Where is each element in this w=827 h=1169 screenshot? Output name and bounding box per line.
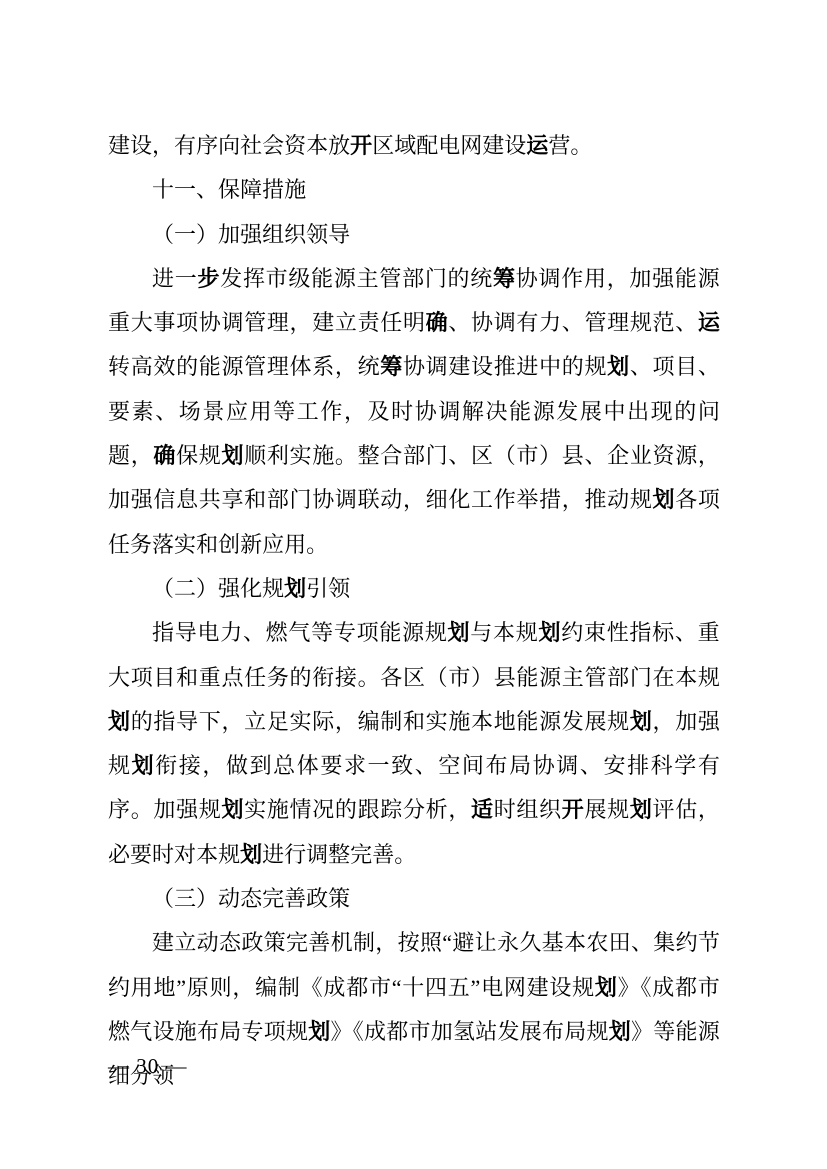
paragraph-subsection-heading: （一）加强组织领导 <box>108 213 720 257</box>
paragraph-subsection-heading: （二）强化规划引领 <box>108 567 720 611</box>
page-number: — 30 — <box>108 1051 188 1081</box>
paragraph-body: 指导电力、燃气等专项能源规划与本规划约束性指标、重大项目和重点任务的衔接。各区（… <box>108 611 720 877</box>
document-body: 建设，有序向社会资本放开区域配电网建设运营。十一、保障措施（一）加强组织领导进一… <box>108 124 720 1099</box>
paragraph-subsection-heading: （三）动态完善政策 <box>108 877 720 921</box>
document-page: 建设，有序向社会资本放开区域配电网建设运营。十一、保障措施（一）加强组织领导进一… <box>0 0 827 1169</box>
paragraph-section-heading: 十一、保障措施 <box>108 168 720 212</box>
paragraph-body: 进一步发挥市级能源主管部门的统筹协调作用，加强能源重大事项协调管理，建立责任明确… <box>108 257 720 567</box>
paragraph-body: 建立动态政策完善机制，按照“避让永久基本农田、集约节约用地”原则，编制《成都市“… <box>108 921 720 1098</box>
paragraph-body-continuation: 建设，有序向社会资本放开区域配电网建设运营。 <box>108 124 720 168</box>
